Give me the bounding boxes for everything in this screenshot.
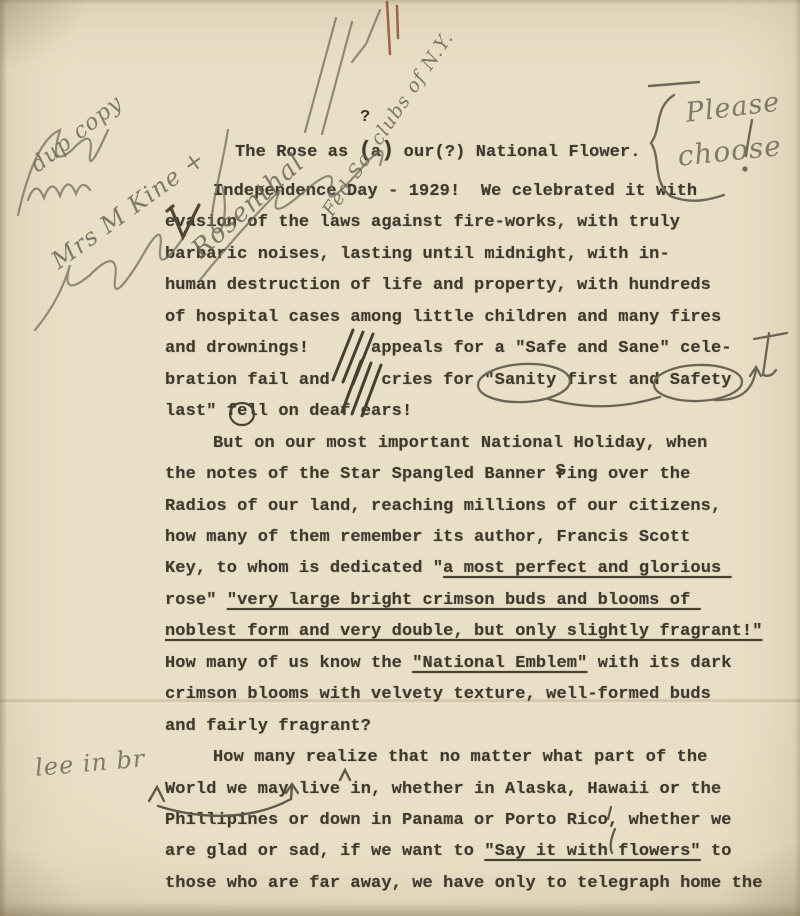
transpose-mark-t (763, 333, 776, 376)
typed-line: of hospital cases among little children … (165, 308, 721, 327)
typed-line: those who are far away, we have only to … (165, 874, 763, 893)
typed-line: and fairly fragrant? (165, 717, 371, 736)
typed-line: How many of us know the "National Emblem… (165, 654, 732, 673)
exclamation-dot (742, 166, 747, 171)
typed-line: World we may live in, whether in Alaska,… (165, 780, 721, 799)
pencil-line (649, 82, 699, 86)
red-pencil-marks (387, 2, 398, 54)
scrawl-stroke (322, 22, 352, 134)
typed-question-mark: ? (360, 108, 370, 127)
typed-line: crimson blooms with velvety texture, wel… (165, 685, 711, 704)
typed-line: But on our most important National Holid… (213, 434, 707, 453)
typed-line: noblest form and very double, but only s… (165, 622, 763, 641)
v-serif (167, 206, 173, 211)
typed-line: human destruction of life and property, … (165, 276, 711, 295)
red-mark (397, 6, 398, 38)
arrow-head (750, 367, 761, 376)
scrawl-stroke (305, 18, 336, 132)
caret (149, 787, 164, 801)
small-caret (340, 770, 350, 780)
scrawl-stroke (352, 10, 380, 62)
typed-line: Key, to whom is dedicated "a most perfec… (165, 559, 732, 578)
margin-pencil-note: lee in br (34, 744, 146, 782)
transpose-mark-crossbar (754, 333, 787, 339)
red-mark (387, 2, 390, 54)
typed-line: barbaric noises, lasting until midnight,… (165, 245, 670, 264)
typed-line: rose" "very large bright crimson buds an… (165, 591, 701, 610)
typed-line: last" fell on deaf ears! (165, 402, 412, 421)
typed-line: and drownings! All appeals for a "Safe a… (165, 339, 732, 358)
please-note-line2: choose (676, 129, 783, 173)
pencil-scrawl-word: dup copy (26, 91, 128, 178)
please-note-line1: Please (684, 86, 782, 128)
typed-line: Radios of our land, reaching millions of… (165, 497, 721, 516)
scrawl-stroke (28, 184, 90, 200)
connector-curve (548, 397, 660, 406)
typed-line: bration fail and all cries for "Sanity f… (165, 371, 732, 390)
typed-line: how many of them remember its author, Fr… (165, 528, 690, 547)
typed-line: the notes of the Star Spangled Banner rS… (165, 465, 690, 484)
manuscript-page: The Rose as (a) our(?) National Flower.I… (0, 0, 800, 916)
typed-line: How many realize that no matter what par… (213, 748, 707, 767)
typed-line: are glad or sad, if we want to "Say it w… (165, 842, 732, 861)
typed-line: Phillipines or down in Panama or Porto R… (165, 811, 732, 830)
